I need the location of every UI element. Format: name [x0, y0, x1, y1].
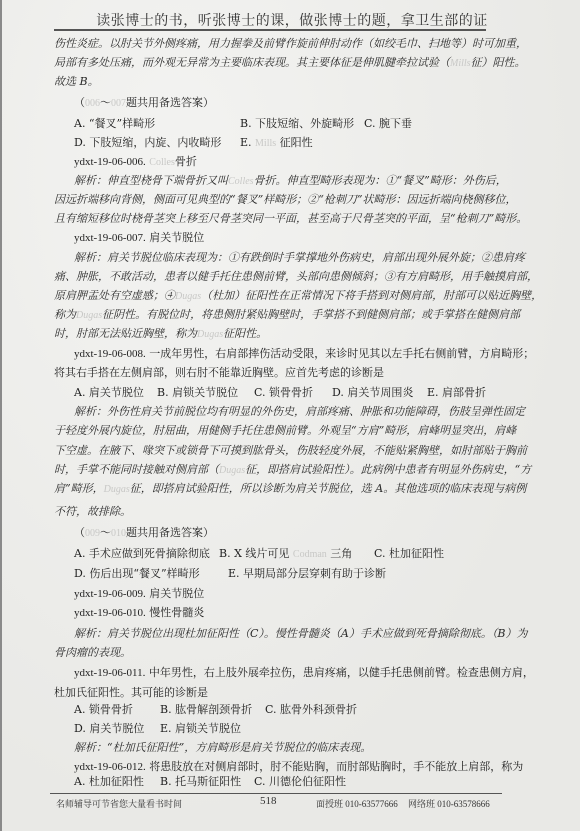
text-fragment: 题共用备选答案） [126, 526, 214, 539]
document-page: 读张博士的书，听张博士的课，做张博士的题，拿卫生部的证 伤性炎症。以肘关节外侧疼… [0, 0, 580, 831]
text-fragment: ～ [100, 526, 111, 539]
text-fragment: 原肩胛盂处有空虚感；④ [54, 289, 175, 302]
option-c: C. 肱骨外科颈骨折 [265, 703, 357, 717]
explanation-line: 解析：肩关节脱位临床表现为：①有跌倒时手掌撑地外伤病史，肩部出现外展外旋；②患肩… [74, 251, 494, 265]
explanation-line: 解析：“杜加氏征阳性”，方肩畸形是肩关节脱位的临床表现。 [74, 741, 494, 755]
option-d: D. 伤后出现“餐叉”样畸形 [74, 567, 200, 581]
option-e: E. Mills 征阳性 [240, 136, 313, 151]
faded-term: 009 [85, 528, 100, 539]
face-class-phone: 面授班 010-63577666 [316, 799, 398, 809]
text-fragment: 征阴性。有脱位时，将患侧肘紧贴胸壁时，手掌搭不到健侧肩部；或手掌搭在健侧肩部 [102, 308, 520, 321]
option-b: B. 肱骨解剖颈骨折 [160, 703, 252, 717]
question-id: ydxt-19-06-010. [74, 607, 146, 619]
text-fragment: 骨折。伸直型畸形表现为：①“餐叉”畸形：外伤后， [254, 174, 507, 187]
question-id: ydxt-19-06-008. [74, 348, 146, 360]
text-fragment: 征，即搭肩试验阳性）。此病例中患者有明显外伤病史，“方 [245, 463, 531, 476]
answer-line: ydxt-19-06-007. 肩关节脱位 [74, 231, 494, 245]
faded-term: 007 [111, 98, 126, 109]
question-line: ydxt-19-06-012. 将患肢放在对侧肩部时，肘不能贴胸，而肘部贴胸时，… [74, 760, 494, 774]
text-line: 局部有多处压痛，而外观无异常为主要临床表现。其主要体征是伸肌腱牵拉试验（Mill… [54, 56, 494, 71]
question-text: 将患肢放在对侧肩部时，肘不能贴胸，而肘部贴胸时，手不能放上肩部，称为 [149, 760, 523, 773]
text-fragment: 肩”畸形， [54, 482, 104, 495]
faded-term: Colles [149, 157, 175, 168]
option-a: A. “餐叉”样畸形 [74, 117, 155, 131]
faded-term: Dugas [175, 291, 201, 302]
explanation-line: 下空虚。在腋下、喙突下或锁骨下可摸到肱骨头，伤肢轻度外展，不能贴紧胸壁，如肘部贴… [54, 444, 494, 458]
explanation-line: 原肩胛盂处有空虚感；④Dugas（杜加）征阳性在正常情况下将手搭到对侧肩部，肘部… [54, 289, 494, 304]
text-fragment: 题共用备选答案） [126, 96, 214, 109]
question-text: 一成年男性，右肩部摔伤活动受限，来诊时见其以左手托右侧前臂，方肩畸形； [149, 347, 534, 360]
explanation-line: 骨肉瘤的表现。 [54, 646, 494, 660]
text-fragment: 局部有多处压痛，而外观无异常为主要临床表现。其主要体征是伸肌腱牵拉试验（ [54, 56, 450, 69]
question-id: ydxt-19-06-006. [74, 156, 146, 168]
option-e: E. 肩部骨折 [427, 386, 486, 400]
option-b: B. 下肢短缩、外旋畸形 [240, 117, 354, 131]
option-text: B. X 线片可见 [219, 547, 289, 560]
question-id: ydxt-19-06-012. [74, 761, 146, 773]
page-header-title: 读张博士的书，听张博士的课，做张博士的题，拿卫生部的证 [2, 10, 580, 30]
faded-term: Dugas [104, 484, 130, 495]
text-fragment: 称为 [54, 308, 76, 321]
option-b: B. 肩锁关节脱位 [157, 386, 238, 400]
faded-term: Colles [228, 176, 254, 187]
option-a: A. 肩关节脱位 [74, 386, 144, 400]
option-e: E. 早期局部分层穿刺有助于诊断 [228, 567, 386, 581]
footer-contacts: 面授班 010-63577666 网络班 010-63578666 [316, 797, 498, 810]
option-c: C. 锁骨骨折 [254, 386, 313, 400]
explanation-line: 时，肘部无法贴近胸壁，称为Dugas征阳性。 [54, 327, 494, 342]
explanation-line: 解析：伸直型桡骨下端骨折又叫Colles骨折。伸直型畸形表现为：①“餐叉”畸形：… [74, 174, 494, 189]
option-c: C. 杜加征阳性 [374, 547, 444, 561]
faded-term: Codman [293, 549, 327, 560]
faded-term: 010 [111, 528, 126, 539]
question-id: ydxt-19-06-011. [74, 667, 145, 679]
faded-term: Mills [255, 138, 276, 149]
option-d: D. 肩关节脱位 [74, 722, 144, 736]
footer-divider [50, 793, 502, 794]
explanation-line: 痛、肿胀，不敢活动，患者以健手托住患侧前臂，头部向患侧倾斜；③有方肩畸形，用手触… [54, 270, 494, 284]
explanation-line: 不符，故排除。 [54, 505, 494, 519]
faded-term: Dugas [197, 329, 223, 340]
text-fragment: 征阳性。 [223, 327, 267, 340]
answer-text: 骨折 [175, 155, 197, 168]
explanation-line: 因远折端移向背侧，侧面可见典型的“餐叉”样畸形；②“枪刺刀”状畸形：因远折端向桡… [54, 193, 494, 207]
question-group-header: （006～007题共用备选答案） [74, 96, 494, 111]
online-class-phone: 网络班 010-63578666 [408, 799, 490, 809]
option-e: E. 肩锁关节脱位 [160, 722, 241, 736]
header-divider [54, 29, 486, 31]
page-number: 518 [260, 795, 277, 807]
option-c: C. 川德伦伯征阳性 [254, 775, 346, 789]
option-a: A. 杜加征阳性 [74, 775, 144, 789]
faded-term: Dugas [76, 310, 102, 321]
faded-term: Mills [450, 58, 471, 69]
question-line: ydxt-19-06-008. 一成年男性，右肩部摔伤活动受限，来诊时见其以左手… [74, 347, 494, 361]
text-line: 故选 B。 [54, 75, 494, 89]
option-text: 三角 [330, 547, 352, 560]
text-fragment: 时，肘部无法贴近胸壁，称为 [54, 327, 197, 340]
text-fragment: 征，即搭肩试验阳性，所以诊断为肩关节脱位，选 A。其他选项的临床表现与病例 [130, 482, 526, 495]
explanation-line: 解析：外伤性肩关节前脱位均有明显的外伤史，肩部疼痛、肿胀和功能障碍，伤肢呈弹性固… [74, 405, 494, 419]
text-fragment: （杜加）征阳性在正常情况下将手搭到对侧肩部，肘部可以贴近胸壁， [201, 289, 542, 302]
explanation-line: 解析：肩关节脱位出现杜加征阳性（C）。慢性骨髓炎（A）手术应做到死骨摘除彻底。（… [74, 627, 494, 641]
option-text: 征阳性 [280, 136, 313, 149]
answer-text: 肩关节脱位 [149, 231, 204, 244]
text-fragment: （ [74, 96, 85, 109]
text-fragment: 征）阳性。 [471, 56, 526, 69]
question-id: ydxt-19-06-007. [74, 232, 146, 244]
option-c: C. 腕下垂 [364, 117, 412, 131]
text-fragment: 时，手掌不能同时接触对侧肩部（ [54, 463, 219, 476]
answer-line: ydxt-19-06-010. 慢性骨髓炎 [74, 606, 494, 620]
footer-slogan: 名师辅导可节省您大量看书时间 [56, 797, 182, 810]
answer-line: ydxt-19-06-009. 肩关节脱位 [74, 587, 494, 601]
option-b: B. 托马斯征阳性 [160, 775, 241, 789]
answer-text: 肩关节脱位 [149, 587, 204, 600]
explanation-line: 且有缩短移位时桡骨茎突上移至尺骨茎突同一平面，甚至高于尺骨茎突的平面，呈“枪刺刀… [54, 212, 494, 226]
option-label: E. [240, 136, 252, 149]
question-id: ydxt-19-06-009. [74, 588, 146, 600]
question-line: ydxt-19-06-011. 中年男性，右上肢外展牵拉伤，患肩疼痛，以健手托患… [74, 666, 494, 680]
question-line: 杜加氏征阳性。其可能的诊断是 [54, 686, 494, 700]
explanation-line: 时，手掌不能同时接触对侧肩部（Dugas征，即搭肩试验阳性）。此病例中患者有明显… [54, 463, 494, 478]
faded-term: 006 [85, 98, 100, 109]
answer-text: 慢性骨髓炎 [149, 606, 204, 619]
answer-line: ydxt-19-06-006. Colles骨折 [74, 155, 494, 170]
option-d: D. 下肢短缩，内旋、内收畸形 [74, 136, 221, 150]
option-d: D. 肩关节周围炎 [332, 386, 413, 400]
question-line: 将其右手搭在左侧肩部，则右肘不能靠近胸壁。应首先考虑的诊断是 [54, 366, 494, 380]
text-fragment: ～ [100, 96, 111, 109]
option-b: B. X 线片可见 Codman 三角 [219, 547, 352, 562]
faded-term: Dugas [219, 465, 245, 476]
explanation-line: 称为Dugas征阴性。有脱位时，将患侧肘紧贴胸壁时，手掌搭不到健侧肩部；或手掌搭… [54, 308, 494, 323]
option-a: A. 锁骨骨折 [74, 703, 133, 717]
text-fragment: 解析：伸直型桡骨下端骨折又叫 [74, 174, 228, 187]
option-a: A. 手术应做到死骨摘除彻底 [74, 547, 210, 561]
explanation-line: 肩”畸形，Dugas征，即搭肩试验阳性，所以诊断为肩关节脱位，选 A。其他选项的… [54, 482, 494, 497]
text-fragment: （ [74, 526, 85, 539]
explanation-line: 于轻度外展内旋位，肘屈曲，用健侧手托住患侧前臂。外观呈“方肩”畸形，肩峰明显突出… [54, 424, 494, 438]
question-text: 中年男性，右上肢外展牵拉伤，患肩疼痛，以健手托患侧前臂。检查患侧方肩， [149, 666, 534, 679]
question-group-header: （009～010题共用备选答案） [74, 526, 494, 541]
text-line: 伤性炎症。以肘关节外侧疼痛，用力握拳及前臂作旋前伸肘动作（如绞毛巾、扫地等）时可… [54, 37, 494, 51]
